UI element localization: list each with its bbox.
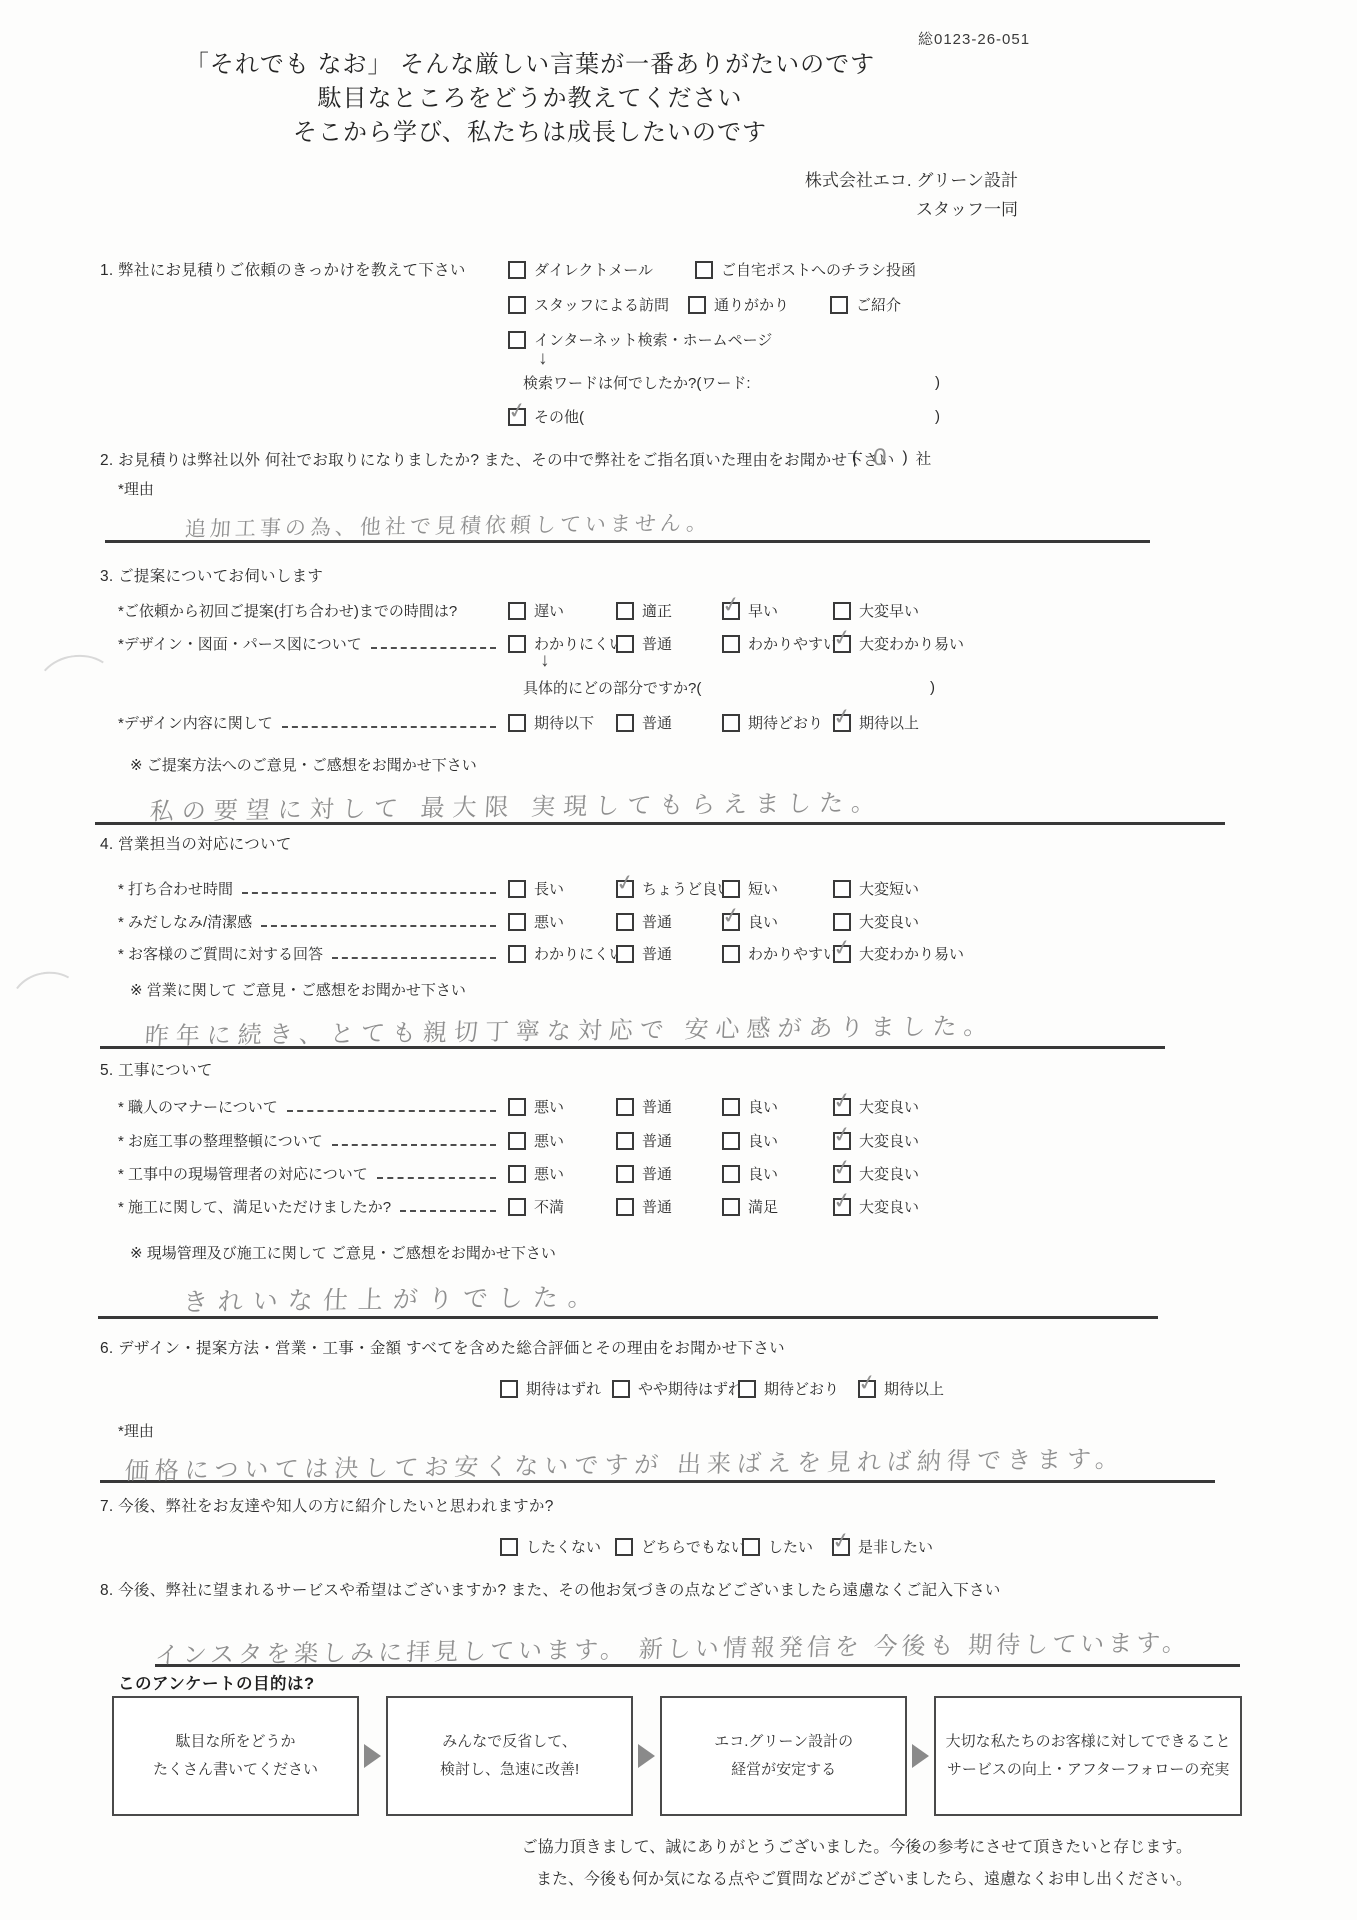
checkbox[interactable]: [508, 945, 526, 963]
checkbox-option[interactable]: 大変良い: [833, 1163, 1220, 1184]
rating-label: * 打ち合わせ時間: [118, 878, 508, 899]
handwritten-answer: きれいな仕上がりでした。: [182, 1277, 604, 1318]
option-label: 満足: [748, 1196, 778, 1217]
dotted-leader: [400, 1202, 496, 1212]
option-label: 期待どおり: [764, 1378, 839, 1399]
option-label: 長い: [534, 878, 564, 899]
paren-open: (: [852, 449, 857, 467]
q1-search-word-line: 検索ワードは何でしたか?(ワード: ): [523, 372, 940, 393]
q4-comment-label: ※ 営業に関して ご意見・ご感想をお聞かせ下さい: [130, 979, 466, 1000]
purpose-box-text: みんなで反省して、: [388, 1728, 631, 1756]
handwritten-answer: 追加工事の為、他社で見積依頼していません。: [184, 507, 712, 543]
option-label: 期待以上: [859, 712, 919, 733]
checkbox[interactable]: [722, 880, 740, 898]
checkbox-option[interactable]: 早い: [722, 600, 833, 621]
purpose-box-text: エコ.グリーン設計の: [662, 1728, 905, 1756]
unit-label: 社: [916, 447, 932, 469]
checkbox-option[interactable]: 大変良い: [833, 1196, 1220, 1217]
q2-reason-label: *理由: [118, 478, 154, 499]
q6-reason-label: *理由: [118, 1420, 154, 1441]
purpose-box-text: 検討し、急速に改善!: [388, 1756, 631, 1784]
checkbox[interactable]: [722, 635, 740, 653]
rating-label: * お庭工事の整理整頓について: [118, 1130, 508, 1151]
checkbox[interactable]: [508, 331, 526, 349]
checkbox-option[interactable]: インターネット検索・ホームページ: [508, 329, 772, 350]
company-signature: 株式会社エコ. グリーン設計 スタッフ一同: [0, 166, 1018, 224]
option-label: 大変良い: [859, 911, 919, 932]
option-label: 期待どおり: [748, 712, 823, 733]
checkbox-option[interactable]: わかりにくい: [508, 633, 616, 654]
right-arrow-icon: [638, 1744, 655, 1768]
checkbox-option[interactable]: 普通: [616, 1130, 722, 1151]
checkbox-option[interactable]: わかりやすい: [722, 943, 833, 964]
handwritten-answer: 昨年に続き、とても親切丁寧な対応で 安心感がありました。: [144, 1006, 996, 1051]
footer-thanks-line2: また、今後も何か気になる点やご質問などがございましたら、遠慮なくお申し出ください…: [0, 1870, 1192, 1889]
checkbox-option[interactable]: 普通: [616, 712, 722, 733]
checkbox-option[interactable]: 普通: [616, 1196, 722, 1217]
checkbox[interactable]: [616, 1098, 634, 1116]
option-label: 普通: [642, 712, 672, 733]
rating-label: * みだしなみ/清潔感: [118, 911, 508, 932]
scan-artifact-arc: [4, 965, 89, 1041]
dotted-leader: [332, 949, 496, 959]
dotted-leader: [371, 639, 496, 649]
option-label: 普通: [642, 911, 672, 932]
option-label: 遅い: [534, 600, 564, 621]
checkbox[interactable]: [616, 602, 634, 620]
header-line-2: 駄目なところをどうか教えてください: [60, 82, 1000, 116]
option-label: 大変良い: [859, 1163, 919, 1184]
option-label: 悪い: [534, 1096, 564, 1117]
rating-row-appearance: * みだしなみ/清潔感 悪い 普通 良い 大変良い: [118, 911, 1220, 932]
option-label: わかりやすい: [748, 633, 838, 654]
checkbox[interactable]: [688, 296, 706, 314]
checkbox-option[interactable]: 良い: [722, 1096, 833, 1117]
checkbox-option[interactable]: 普通: [616, 911, 722, 932]
company-name: 株式会社エコ. グリーン設計: [0, 166, 1018, 195]
purpose-box-text: 駄目な所をどうか: [114, 1728, 357, 1756]
dotted-leader: [261, 917, 496, 927]
checkbox-option[interactable]: ちょうど良い: [616, 878, 722, 899]
checkbox[interactable]: [508, 913, 526, 931]
option-label: 通りがかり: [714, 294, 789, 315]
purpose-box-4: 大切な私たちのお客様に対してできること サービスの向上・アフターフォローの充実: [934, 1696, 1242, 1816]
checkbox[interactable]: [508, 635, 526, 653]
option-label: 期待以下: [534, 712, 594, 733]
q1-title: 1. 弊社にお見積りご依頼のきっかけを教えて下さい: [100, 258, 466, 280]
q2-count: ( 0 ) 社: [852, 444, 931, 472]
checkbox[interactable]: [616, 945, 634, 963]
q3-answer-line: 私の要望に対して 最大限 実現してもらえました。: [95, 782, 1225, 825]
rating-label: * 職人のマナーについて: [118, 1096, 508, 1117]
q4-title: 4. 営業担当の対応について: [100, 832, 292, 854]
rating-label: * 工事中の現場管理者の対応について: [118, 1163, 508, 1184]
checkbox[interactable]: [833, 945, 851, 963]
option-label: 良い: [748, 1096, 778, 1117]
down-arrow-icon: ↓: [538, 348, 548, 370]
option-label: その他(: [534, 406, 584, 427]
checkbox[interactable]: [508, 408, 526, 426]
checkbox-option[interactable]: 悪い: [508, 1096, 616, 1117]
checkbox-option[interactable]: 普通: [616, 1163, 722, 1184]
q2-answer-line: 追加工事の為、他社で見積依頼していません。: [105, 500, 1150, 543]
dotted-leader: [242, 884, 496, 894]
right-arrow-icon: [364, 1744, 381, 1768]
option-label: したい: [768, 1536, 813, 1557]
checkbox-option[interactable]: 大変わかり易い: [833, 943, 1220, 964]
checkbox-option[interactable]: 遅い: [508, 600, 616, 621]
checkbox-option[interactable]: 大変良い: [833, 911, 1220, 932]
q8-answer-line: インスタを楽しみに拝見しています。 新しい情報発信を 今後も 期待しています。: [155, 1620, 1240, 1667]
header-message: 「それでも なお」 そんな厳しい言葉が一番ありがたいのです 駄目なところをどうか…: [60, 48, 1000, 150]
checkbox-option[interactable]: 期待どおり: [722, 712, 833, 733]
rating-row-construction-satisfaction: * 施工に関して、満足いただけましたか? 不満 普通 満足 大変良い: [118, 1196, 1220, 1217]
scan-artifact-arc: [32, 650, 122, 727]
document-number: 総0123-26-051: [918, 28, 1030, 49]
checkbox-option[interactable]: 普通: [616, 943, 722, 964]
option-label: スタッフによる訪問: [534, 294, 669, 315]
option-label: 大変わかり易い: [859, 633, 964, 654]
checkbox-option[interactable]: 是非したい: [832, 1536, 933, 1557]
checkbox[interactable]: [833, 880, 851, 898]
option-label: 良い: [748, 1130, 778, 1151]
checkbox[interactable]: [833, 602, 851, 620]
checkbox-option[interactable]: 通りがかり: [688, 294, 830, 315]
paren-close: ): [930, 679, 935, 696]
option-label: わかりやすい: [748, 943, 838, 964]
rating-label: * 施工に関して、満足いただけましたか?: [118, 1196, 508, 1217]
checkbox-option[interactable]: 大変早い: [833, 600, 1220, 621]
checkbox-option[interactable]: 悪い: [508, 911, 616, 932]
checkbox[interactable]: [833, 913, 851, 931]
checkbox[interactable]: [508, 1165, 526, 1183]
option-label: 良い: [748, 1163, 778, 1184]
header-line-3: そこから学び、私たちは成長したいのです: [60, 116, 1000, 150]
option-label: 期待はずれ: [526, 1378, 601, 1399]
rating-label: *ご依頼から初回ご提案(打ち合わせ)までの時間は?: [118, 600, 508, 621]
checkbox[interactable]: [500, 1538, 518, 1556]
checkbox-option[interactable]: ご紹介: [830, 294, 901, 315]
checkbox-option[interactable]: 普通: [616, 633, 722, 654]
dotted-leader: [377, 1169, 496, 1179]
option-label: 期待以上: [884, 1378, 944, 1399]
checkbox[interactable]: [738, 1380, 756, 1398]
rating-row-design-drawings: *デザイン・図面・パース図について わかりにくい 普通 わかりやすい 大変わかり…: [118, 633, 1220, 654]
checkbox-option[interactable]: 短い: [722, 878, 833, 899]
purpose-title: このアンケートの目的は?: [118, 1670, 315, 1694]
q1-options-row2: スタッフによる訪問 通りがかり ご紹介: [508, 294, 1228, 315]
checkbox[interactable]: [722, 1132, 740, 1150]
rating-row-first-proposal-time: *ご依頼から初回ご提案(打ち合わせ)までの時間は? 遅い 適正 早い 大変早い: [118, 600, 1220, 621]
option-label: 是非したい: [858, 1536, 933, 1557]
checkbox[interactable]: [833, 1098, 851, 1116]
q2-title: 2. お見積りは弊社以外 何社でお取りになりましたか? また、その中で弊社をご指…: [100, 448, 895, 470]
rating-row-question-answers: * お客様のご質問に対する回答 わかりにくい 普通 わかりやすい 大変わかり易い: [118, 943, 1220, 964]
q6-answer-line: 価格については決してお安くないですが 出来ばえを見れば納得できます。: [100, 1442, 1215, 1483]
option-label: 大変わかり易い: [859, 943, 964, 964]
checkbox-option[interactable]: 大変良い: [833, 1096, 1220, 1117]
rating-row-site-manager: * 工事中の現場管理者の対応について 悪い 普通 良い 大変良い: [118, 1163, 1220, 1184]
option-label: 普通: [642, 1196, 672, 1217]
dotted-leader: [332, 1136, 496, 1146]
checkbox[interactable]: [722, 1098, 740, 1116]
checkbox[interactable]: [833, 1165, 851, 1183]
checkbox[interactable]: [832, 1538, 850, 1556]
rating-row-meeting-time: * 打ち合わせ時間 長い ちょうど良い 短い 大変短い: [118, 878, 1220, 899]
checkbox[interactable]: [722, 714, 740, 732]
survey-sheet: 総0123-26-051 「それでも なお」 そんな厳しい言葉が一番ありがたいの…: [0, 0, 1357, 1920]
checkbox-option[interactable]: 良い: [722, 911, 833, 932]
checkbox-option[interactable]: 大変良い: [833, 1130, 1220, 1151]
detail-prompt: 具体的にどの部分ですか?(: [523, 677, 701, 698]
purpose-box-3: エコ.グリーン設計の 経営が安定する: [660, 1696, 907, 1816]
q1-other-line: その他( ): [508, 406, 940, 427]
checkbox-option[interactable]: 大変短い: [833, 878, 1220, 899]
right-arrow-icon: [912, 1744, 929, 1768]
option-label: 早い: [748, 600, 778, 621]
checkbox[interactable]: [508, 714, 526, 732]
option-label: 大変良い: [859, 1196, 919, 1217]
checkbox[interactable]: [858, 1380, 876, 1398]
checkbox-option[interactable]: 普通: [616, 1096, 722, 1117]
checkbox-option[interactable]: 期待以上: [833, 712, 1220, 733]
checkbox[interactable]: [508, 1132, 526, 1150]
checkbox[interactable]: [833, 635, 851, 653]
option-label: 大変良い: [859, 1096, 919, 1117]
staff-signature: スタッフ一同: [0, 195, 1018, 224]
rating-label: * お客様のご質問に対する回答: [118, 943, 508, 964]
checkbox[interactable]: [508, 1098, 526, 1116]
checkbox-option[interactable]: スタッフによる訪問: [508, 294, 688, 315]
checkbox[interactable]: [616, 913, 634, 931]
q5-comment-label: ※ 現場管理及び施工に関して ご意見・ご感想をお聞かせ下さい: [130, 1242, 556, 1263]
option-label: やや期待はずれ: [638, 1378, 743, 1399]
checkbox[interactable]: [612, 1380, 630, 1398]
checkbox-option[interactable]: したくない: [500, 1536, 615, 1557]
purpose-box-text: サービスの向上・アフターフォローの充実: [936, 1756, 1240, 1784]
option-label: インターネット検索・ホームページ: [534, 329, 772, 350]
checkbox-option[interactable]: 適正: [616, 600, 722, 621]
checkbox[interactable]: [500, 1380, 518, 1398]
checkbox[interactable]: [833, 714, 851, 732]
dotted-leader: [282, 718, 496, 728]
option-label: 不満: [534, 1196, 564, 1217]
option-label: わかりにくい: [534, 943, 624, 964]
paren-close: ): [935, 408, 940, 425]
option-label: ご紹介: [856, 294, 901, 315]
checkbox[interactable]: [722, 602, 740, 620]
checkbox-option[interactable]: わかりにくい: [508, 943, 616, 964]
checkbox[interactable]: [508, 1198, 526, 1216]
option-label: 悪い: [534, 1163, 564, 1184]
footer-thanks-line1: ご協力頂きまして、誠にありがとうございました。今後の参考にさせて頂きたいと存じま…: [0, 1838, 1192, 1857]
paren-close: ): [903, 449, 908, 467]
purpose-box-text: たくさん書いてください: [114, 1756, 357, 1784]
q4-answer-line: 昨年に続き、とても親切丁寧な対応で 安心感がありました。: [100, 1006, 1165, 1049]
checkbox-option[interactable]: 期待どおり: [738, 1378, 858, 1399]
checkbox-option[interactable]: 悪い: [508, 1130, 616, 1151]
option-label: 大変早い: [859, 600, 919, 621]
option-label: ダイレクトメール: [534, 259, 653, 280]
paren-close: ): [935, 374, 940, 391]
checkbox-option[interactable]: 期待はずれ: [500, 1378, 612, 1399]
q3-comment-label: ※ ご提案方法へのご意見・ご感想をお聞かせ下さい: [130, 754, 477, 775]
q7-options-row: したくない どちらでもない したい 是非したい: [500, 1536, 1220, 1557]
checkbox-option[interactable]: 悪い: [508, 1163, 616, 1184]
handwritten-count: 0: [872, 444, 887, 472]
rating-row-craftsman-manner: * 職人のマナーについて 悪い 普通 良い 大変良い: [118, 1096, 1220, 1117]
checkbox[interactable]: [833, 1198, 851, 1216]
purpose-box-text: 大切な私たちのお客様に対してできること: [936, 1728, 1240, 1756]
option-label: したくない: [526, 1536, 601, 1557]
rating-row-design-content: *デザイン内容に関して 期待以下 普通 期待どおり 期待以上: [118, 712, 1220, 733]
option-label: 短い: [748, 878, 778, 899]
checkbox-option[interactable]: その他(: [508, 406, 584, 427]
option-label: 良い: [748, 911, 778, 932]
checkbox[interactable]: [695, 261, 713, 279]
checkbox[interactable]: [508, 880, 526, 898]
option-label: 大変短い: [859, 878, 919, 899]
header-line-1: 「それでも なお」 そんな厳しい言葉が一番ありがたいのです: [60, 48, 1000, 82]
checkbox-option[interactable]: 満足: [722, 1196, 833, 1217]
q3-detail-line: 具体的にどの部分ですか?( ): [523, 677, 935, 698]
checkbox-option[interactable]: ダイレクトメール: [508, 259, 695, 280]
option-label: 普通: [642, 943, 672, 964]
checkbox-option[interactable]: 不満: [508, 1196, 616, 1217]
q1-options-row3: インターネット検索・ホームページ: [508, 329, 1228, 350]
checkbox-option[interactable]: したい: [742, 1536, 832, 1557]
search-word-prompt: 検索ワードは何でしたか?(ワード:: [523, 372, 751, 393]
checkbox[interactable]: [742, 1538, 760, 1556]
checkbox[interactable]: [616, 714, 634, 732]
handwritten-answer: 私の要望に対して 最大限 実現してもらえました。: [149, 783, 884, 827]
checkbox-option[interactable]: わかりやすい: [722, 633, 833, 654]
checkbox[interactable]: [722, 1165, 740, 1183]
checkbox[interactable]: [722, 913, 740, 931]
checkbox-option[interactable]: 期待以上: [858, 1378, 944, 1399]
purpose-box-1: 駄目な所をどうか たくさん書いてください: [112, 1696, 359, 1816]
option-label: 普通: [642, 1096, 672, 1117]
option-label: どちらでもない: [641, 1536, 746, 1557]
option-label: 普通: [642, 633, 672, 654]
checkbox[interactable]: [833, 1132, 851, 1150]
checkbox[interactable]: [830, 296, 848, 314]
q3-title: 3. ご提案についてお伺いします: [100, 564, 323, 586]
checkbox-option[interactable]: どちらでもない: [615, 1536, 742, 1557]
checkbox[interactable]: [616, 1198, 634, 1216]
option-label: 普通: [642, 1163, 672, 1184]
checkbox-option[interactable]: ご自宅ポストへのチラシ投函: [695, 259, 916, 280]
checkbox[interactable]: [615, 1538, 633, 1556]
option-label: 悪い: [534, 911, 564, 932]
q6-options-row: 期待はずれ やや期待はずれ 期待どおり 期待以上: [500, 1378, 1220, 1399]
checkbox[interactable]: [616, 880, 634, 898]
option-label: ご自宅ポストへのチラシ投函: [721, 259, 916, 280]
checkbox[interactable]: [616, 635, 634, 653]
q5-answer-line: きれいな仕上がりでした。: [98, 1276, 1158, 1319]
handwritten-answer: インスタを楽しみに拝見しています。 新しい情報発信を 今後も 期待しています。: [154, 1623, 1191, 1671]
purpose-flow: 駄目な所をどうか たくさん書いてください みんなで反省して、 検討し、急速に改善…: [112, 1696, 1242, 1816]
q5-title: 5. 工事について: [100, 1058, 213, 1080]
purpose-box-2: みんなで反省して、 検討し、急速に改善!: [386, 1696, 633, 1816]
rating-label: *デザイン・図面・パース図について: [118, 633, 508, 654]
rating-row-garden-tidiness: * お庭工事の整理整頓について 悪い 普通 良い 大変良い: [118, 1130, 1220, 1151]
checkbox-option[interactable]: 長い: [508, 878, 616, 899]
checkbox[interactable]: [722, 945, 740, 963]
handwritten-answer: 価格については決してお安くないですが 出来ばえを見れば納得できます。: [124, 1439, 1126, 1486]
q7-title: 7. 今後、弊社をお友達や知人の方に紹介したいと思われますか?: [100, 1494, 554, 1516]
checkbox[interactable]: [508, 261, 526, 279]
purpose-box-text: 経営が安定する: [662, 1756, 905, 1784]
checkbox[interactable]: [508, 602, 526, 620]
checkbox-option[interactable]: 良い: [722, 1130, 833, 1151]
checkbox[interactable]: [616, 1165, 634, 1183]
checkbox-option[interactable]: 大変わかり易い: [833, 633, 1220, 654]
option-label: 普通: [642, 1130, 672, 1151]
checkbox-option[interactable]: 良い: [722, 1163, 833, 1184]
down-arrow-icon: ↓: [540, 650, 550, 672]
checkbox[interactable]: [508, 296, 526, 314]
checkbox[interactable]: [616, 1132, 634, 1150]
option-label: 適正: [642, 600, 672, 621]
q8-title: 8. 今後、弊社に望まれるサービスや希望はございますか? また、その他お気づきの…: [100, 1578, 1001, 1600]
option-label: ちょうど良い: [642, 878, 732, 899]
q6-title: 6. デザイン・提案方法・営業・工事・金額 すべてを含めた総合評価とその理由をお…: [100, 1336, 785, 1358]
q1-options-row1: ダイレクトメール ご自宅ポストへのチラシ投函: [508, 259, 1228, 280]
checkbox-option[interactable]: やや期待はずれ: [612, 1378, 738, 1399]
option-label: 大変良い: [859, 1130, 919, 1151]
option-label: 悪い: [534, 1130, 564, 1151]
checkbox[interactable]: [722, 1198, 740, 1216]
rating-label: *デザイン内容に関して: [118, 712, 508, 733]
dotted-leader: [287, 1102, 496, 1112]
checkbox-option[interactable]: 期待以下: [508, 712, 616, 733]
dotted-leader: [466, 607, 496, 615]
